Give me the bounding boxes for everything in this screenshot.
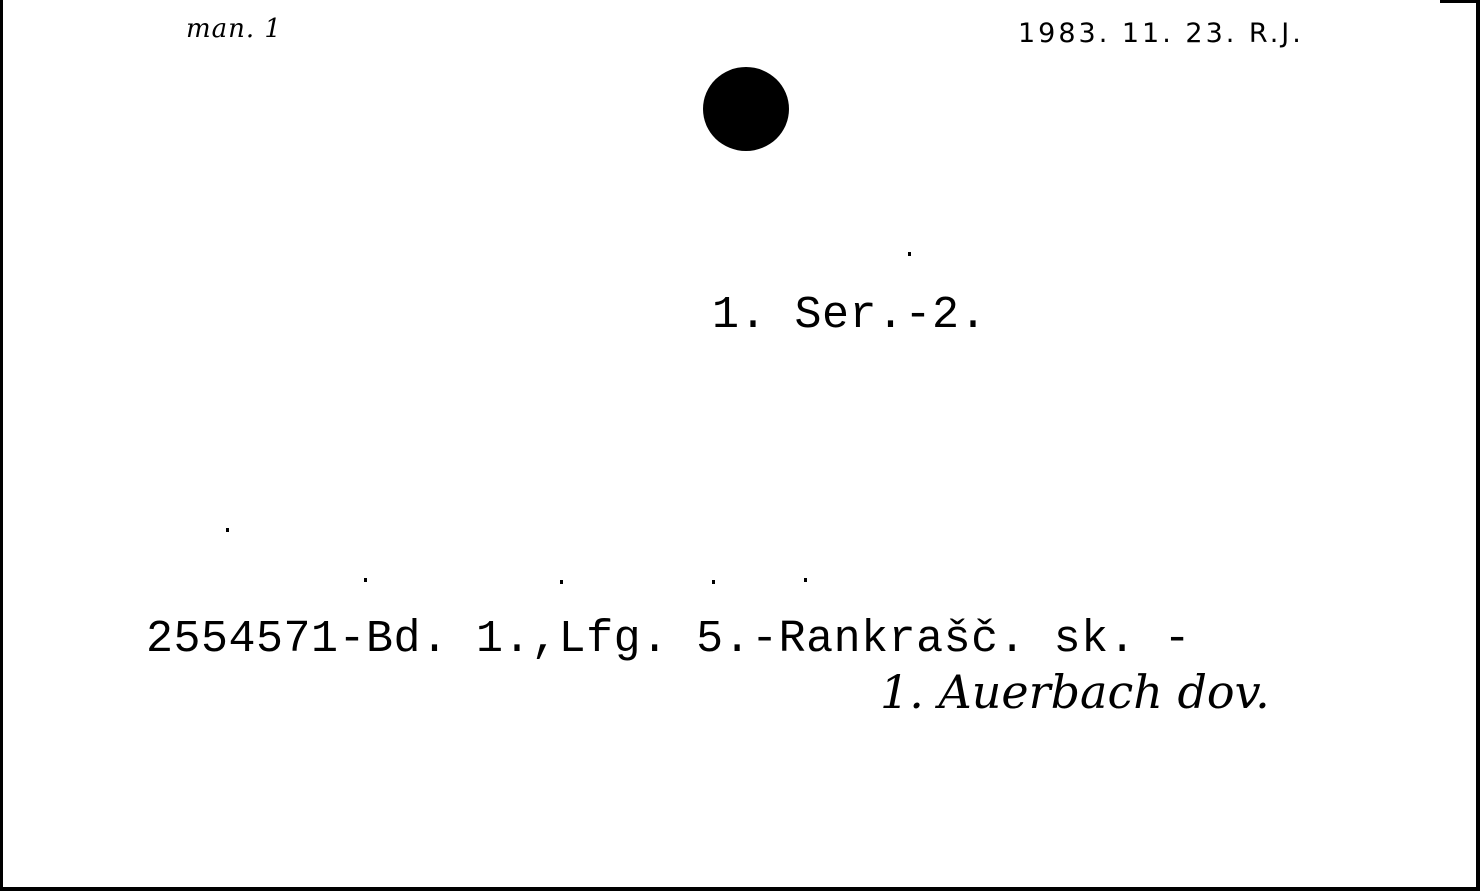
entry-line: 2554571-Bd. 1.,Lfg. 5.-Rankrašč. sk. - [146,614,1191,665]
catalog-card: man. 1 1983. 11. 23. R.J. 1. Ser.-2. 255… [0,0,1480,891]
scan-speck [908,252,911,256]
series-line: 1. Ser.-2. [712,290,987,341]
scan-border-bottom [0,887,1480,891]
scan-border-left [0,0,3,891]
date-stamp: 1983. 11. 23. R.J. [1018,18,1304,49]
scan-border-top [1440,0,1480,3]
scan-speck [226,528,229,532]
scan-speck [712,580,715,584]
scan-speck [804,578,807,582]
punch-hole-icon [703,67,789,151]
shelf-note: man. 1 [186,14,282,44]
author-note: 1. Auerbach dov. [880,665,1270,719]
scan-speck [364,578,367,582]
scan-speck [560,580,563,584]
scan-border-right [1476,0,1480,891]
